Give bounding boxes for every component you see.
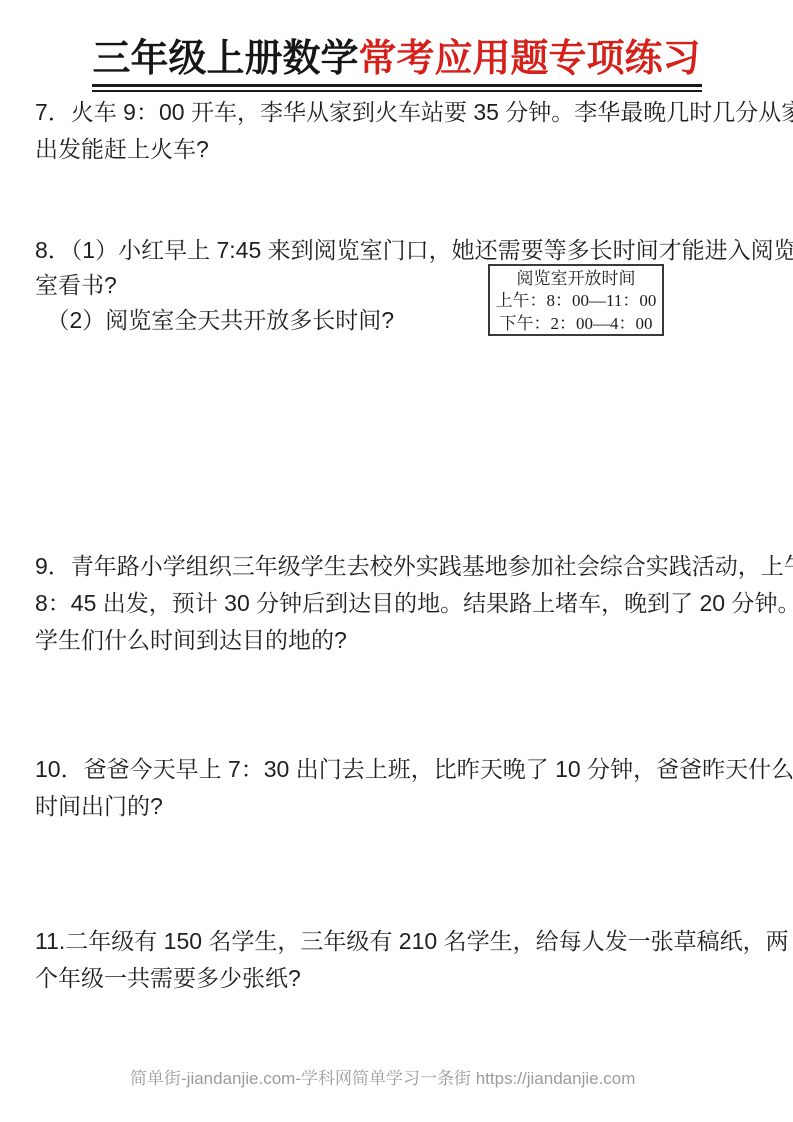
question-9-line-3: 学生们什么时间到达目的地的? — [35, 622, 765, 659]
question-9-line-2: 8：45 出发，预计 30 分钟后到达目的地。结果路上堵车，晚到了 20 分钟。 — [35, 585, 765, 622]
title-black-part: 三年级上册数学 — [92, 38, 358, 80]
question-7-line-2: 出发能赶上火车? — [35, 131, 765, 168]
question-10-line-2: 时间出门的? — [35, 788, 765, 825]
reading-room-hours-afternoon: 下午：2：00—4：00 — [490, 312, 662, 335]
question-10: 10．爸爸今天早上 7：30 出门去上班，比昨天晚了 10 分钟，爸爸昨天什么 … — [35, 751, 765, 825]
question-11: 11.二年级有 150 名学生，三年级有 210 名学生，给每人发一张草稿纸，两… — [35, 923, 765, 997]
question-8-line-1: 8．（1）小红早上 7:45 来到阅览室门口，她还需要等多长时间才能进入阅览 — [35, 233, 765, 268]
question-9-line-1: 9．青年路小学组织三年级学生去校外实践基地参加社会综合实践活动，上午 — [35, 548, 765, 585]
title-red-part: 常考应用题专项练习 — [359, 38, 701, 80]
question-10-line-1: 10．爸爸今天早上 7：30 出门去上班，比昨天晚了 10 分钟，爸爸昨天什么 — [35, 751, 765, 788]
reading-room-hours-morning: 上午：8：00—11：00 — [490, 289, 662, 312]
reading-room-hours-title: 阅览室开放时间 — [490, 268, 662, 289]
question-7: 7．火车 9：00 开车，李华从家到火车站要 35 分钟。李华最晚几时几分从家 … — [35, 94, 765, 168]
footer-watermark: 简单街-jiandanjie.com-学科网简单学习一条街 https://ji… — [130, 1068, 635, 1090]
page-title: 三年级上册数学常考应用题专项练习 — [0, 36, 793, 82]
reading-room-hours-box: 阅览室开放时间 上午：8：00—11：00 下午：2：00—4：00 — [488, 264, 664, 336]
question-7-line-1: 7．火车 9：00 开车，李华从家到火车站要 35 分钟。李华最晚几时几分从家 — [35, 94, 765, 131]
question-11-line-2: 个年级一共需要多少张纸? — [35, 960, 765, 997]
title-underline — [92, 84, 702, 92]
worksheet-page: 三年级上册数学常考应用题专项练习 7．火车 9：00 开车，李华从家到火车站要 … — [0, 0, 793, 1122]
question-11-line-1: 11.二年级有 150 名学生，三年级有 210 名学生，给每人发一张草稿纸，两 — [35, 923, 765, 960]
question-9: 9．青年路小学组织三年级学生去校外实践基地参加社会综合实践活动，上午 8：45 … — [35, 548, 765, 659]
